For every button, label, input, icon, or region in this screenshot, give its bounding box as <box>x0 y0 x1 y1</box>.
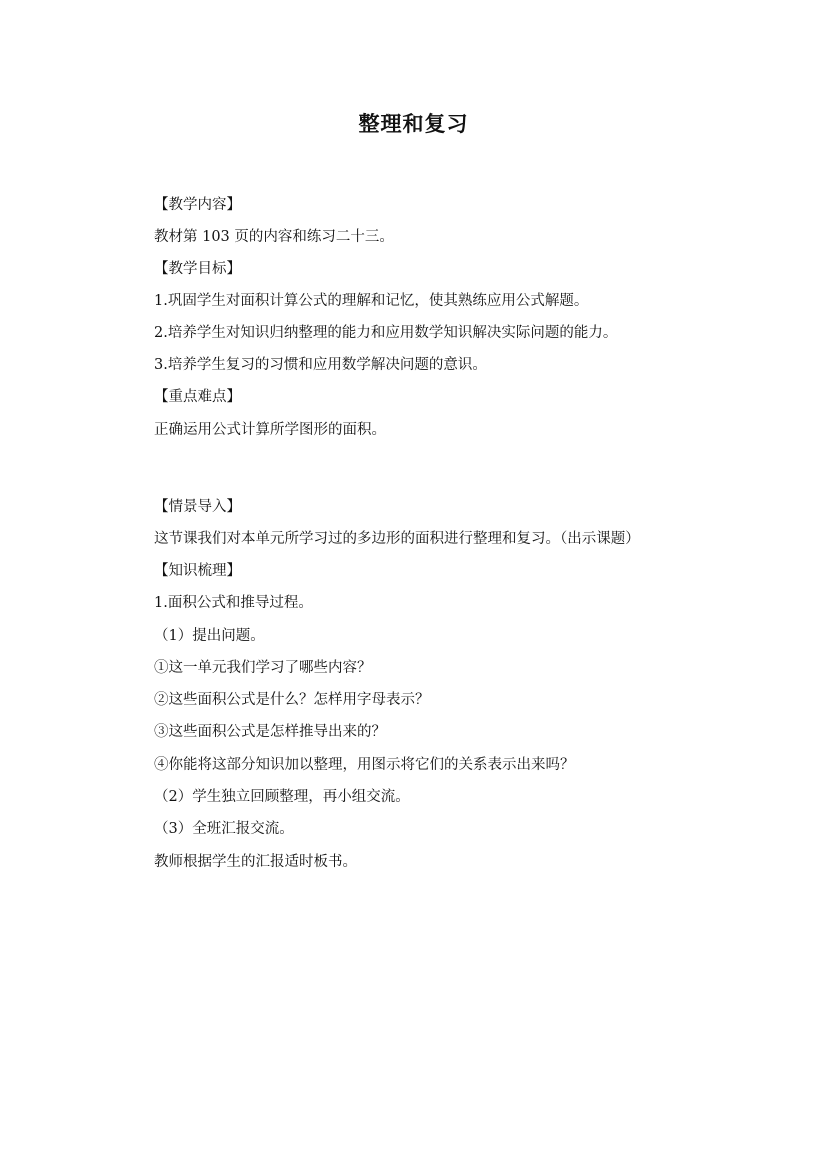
list-item: （3）全班汇报交流。 <box>154 819 294 839</box>
paragraph: 正确运用公式计算所学图形的面积。 <box>154 420 386 440</box>
list-item: （2）学生独立回顾整理，再小组交流。 <box>154 787 410 807</box>
list-item: 1.巩固学生对面积计算公式的理解和记忆，使其熟练应用公式解题。 <box>154 291 588 311</box>
list-item: 2.培养学生对知识归纳整理的能力和应用数学知识解决实际问题的能力。 <box>154 323 617 343</box>
list-item: ④你能将这部分知识加以整理，用图示将它们的关系表示出来吗？ <box>154 755 575 775</box>
section-heading-content: 【教学内容】 <box>154 195 241 215</box>
page-title: 整理和复习 <box>0 108 827 138</box>
list-item: ③这些面积公式是怎样推导出来的？ <box>154 722 386 742</box>
list-item: ①这一单元我们学习了哪些内容？ <box>154 658 372 678</box>
list-item: 3.培养学生复习的习惯和应用数学解决问题的意识。 <box>154 355 487 375</box>
section-heading-objectives: 【教学目标】 <box>154 259 241 279</box>
list-item: ②这些面积公式是什么？怎样用字母表示？ <box>154 690 430 710</box>
section-heading-knowledge: 【知识梳理】 <box>154 561 241 581</box>
list-item: 1.面积公式和推导过程。 <box>154 593 313 613</box>
paragraph: 这节课我们对本单元所学习过的多边形的面积进行整理和复习。（出示课题） <box>154 529 640 549</box>
list-item: （1）提出问题。 <box>154 626 265 646</box>
section-heading-key-points: 【重点难点】 <box>154 387 241 407</box>
section-heading-intro: 【情景导入】 <box>154 497 241 517</box>
paragraph: 教材第 103 页的内容和练习二十三。 <box>154 227 394 247</box>
paragraph: 教师根据学生的汇报适时板书。 <box>154 852 357 872</box>
